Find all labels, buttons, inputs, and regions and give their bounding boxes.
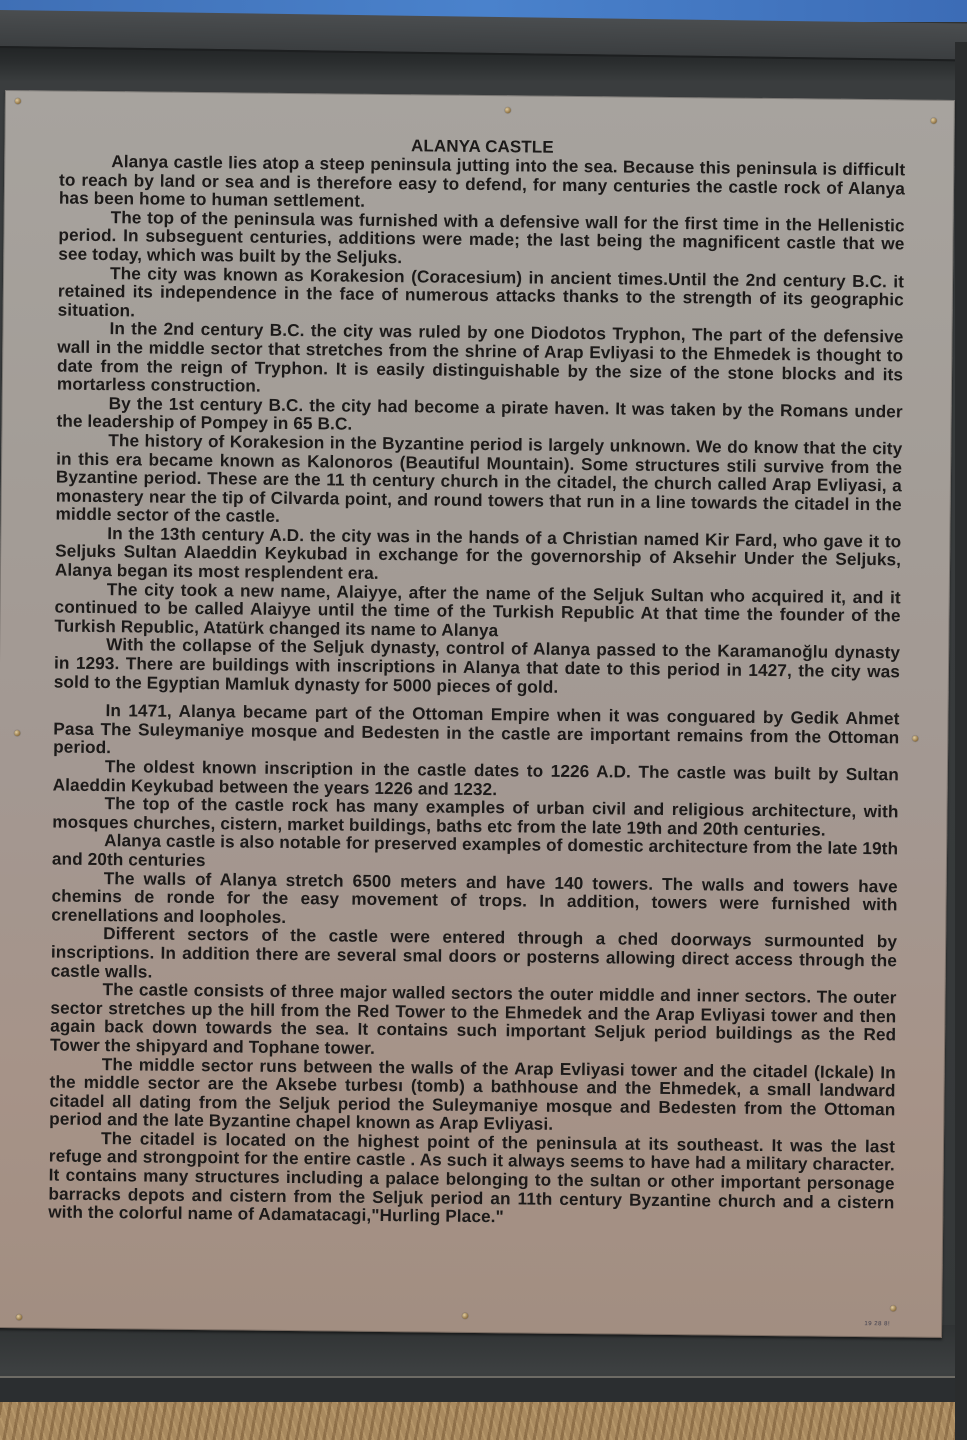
screw-icon [890, 1305, 896, 1311]
sign-text: ALANYA CASTLE Alanya castle lies atop a … [48, 133, 905, 1231]
paragraph: In the 2nd century B.C. the city was rul… [57, 319, 904, 402]
paragraph: The top of the peninsula was furnished w… [58, 207, 905, 272]
screw-icon [462, 1313, 468, 1319]
paragraph: The city was known as Korakesion (Corace… [58, 263, 905, 328]
paragraph: The history of Korakesion in the Byzanti… [55, 430, 902, 532]
paragraph: The castle consists of three major walle… [50, 980, 897, 1063]
paragraph: Alanya castle lies atop a steep peninsul… [59, 152, 906, 217]
screw-icon [912, 736, 918, 742]
paragraph: The middle sector runs between the walls… [49, 1054, 896, 1137]
screw-icon [16, 1314, 22, 1320]
screw-icon [14, 730, 20, 736]
frame-post-right [955, 42, 967, 1440]
screw-icon [15, 98, 21, 104]
dry-grass-ground [0, 1402, 967, 1440]
paragraph: In the 13th century A.D. the city was in… [55, 523, 902, 588]
paragraph: The walls of Alanya stretch 6500 meters … [51, 868, 898, 933]
paragraph: With the collapse of the Seljuk dynasty,… [54, 635, 901, 700]
screw-icon [931, 118, 937, 124]
paragraph: The citadel is located on the highest po… [48, 1128, 895, 1230]
information-plate: ALANYA CASTLE Alanya castle lies atop a … [0, 90, 955, 1338]
manufacturer-stamp: 19 28 8! [864, 1321, 890, 1327]
paragraph: Different sectors of the castle were ent… [51, 924, 898, 989]
screw-icon [505, 107, 511, 113]
paragraph: The city took a new name, Alaiyye, after… [54, 579, 901, 644]
paragraph: In 1471, Alanya became part of the Ottom… [53, 701, 900, 766]
